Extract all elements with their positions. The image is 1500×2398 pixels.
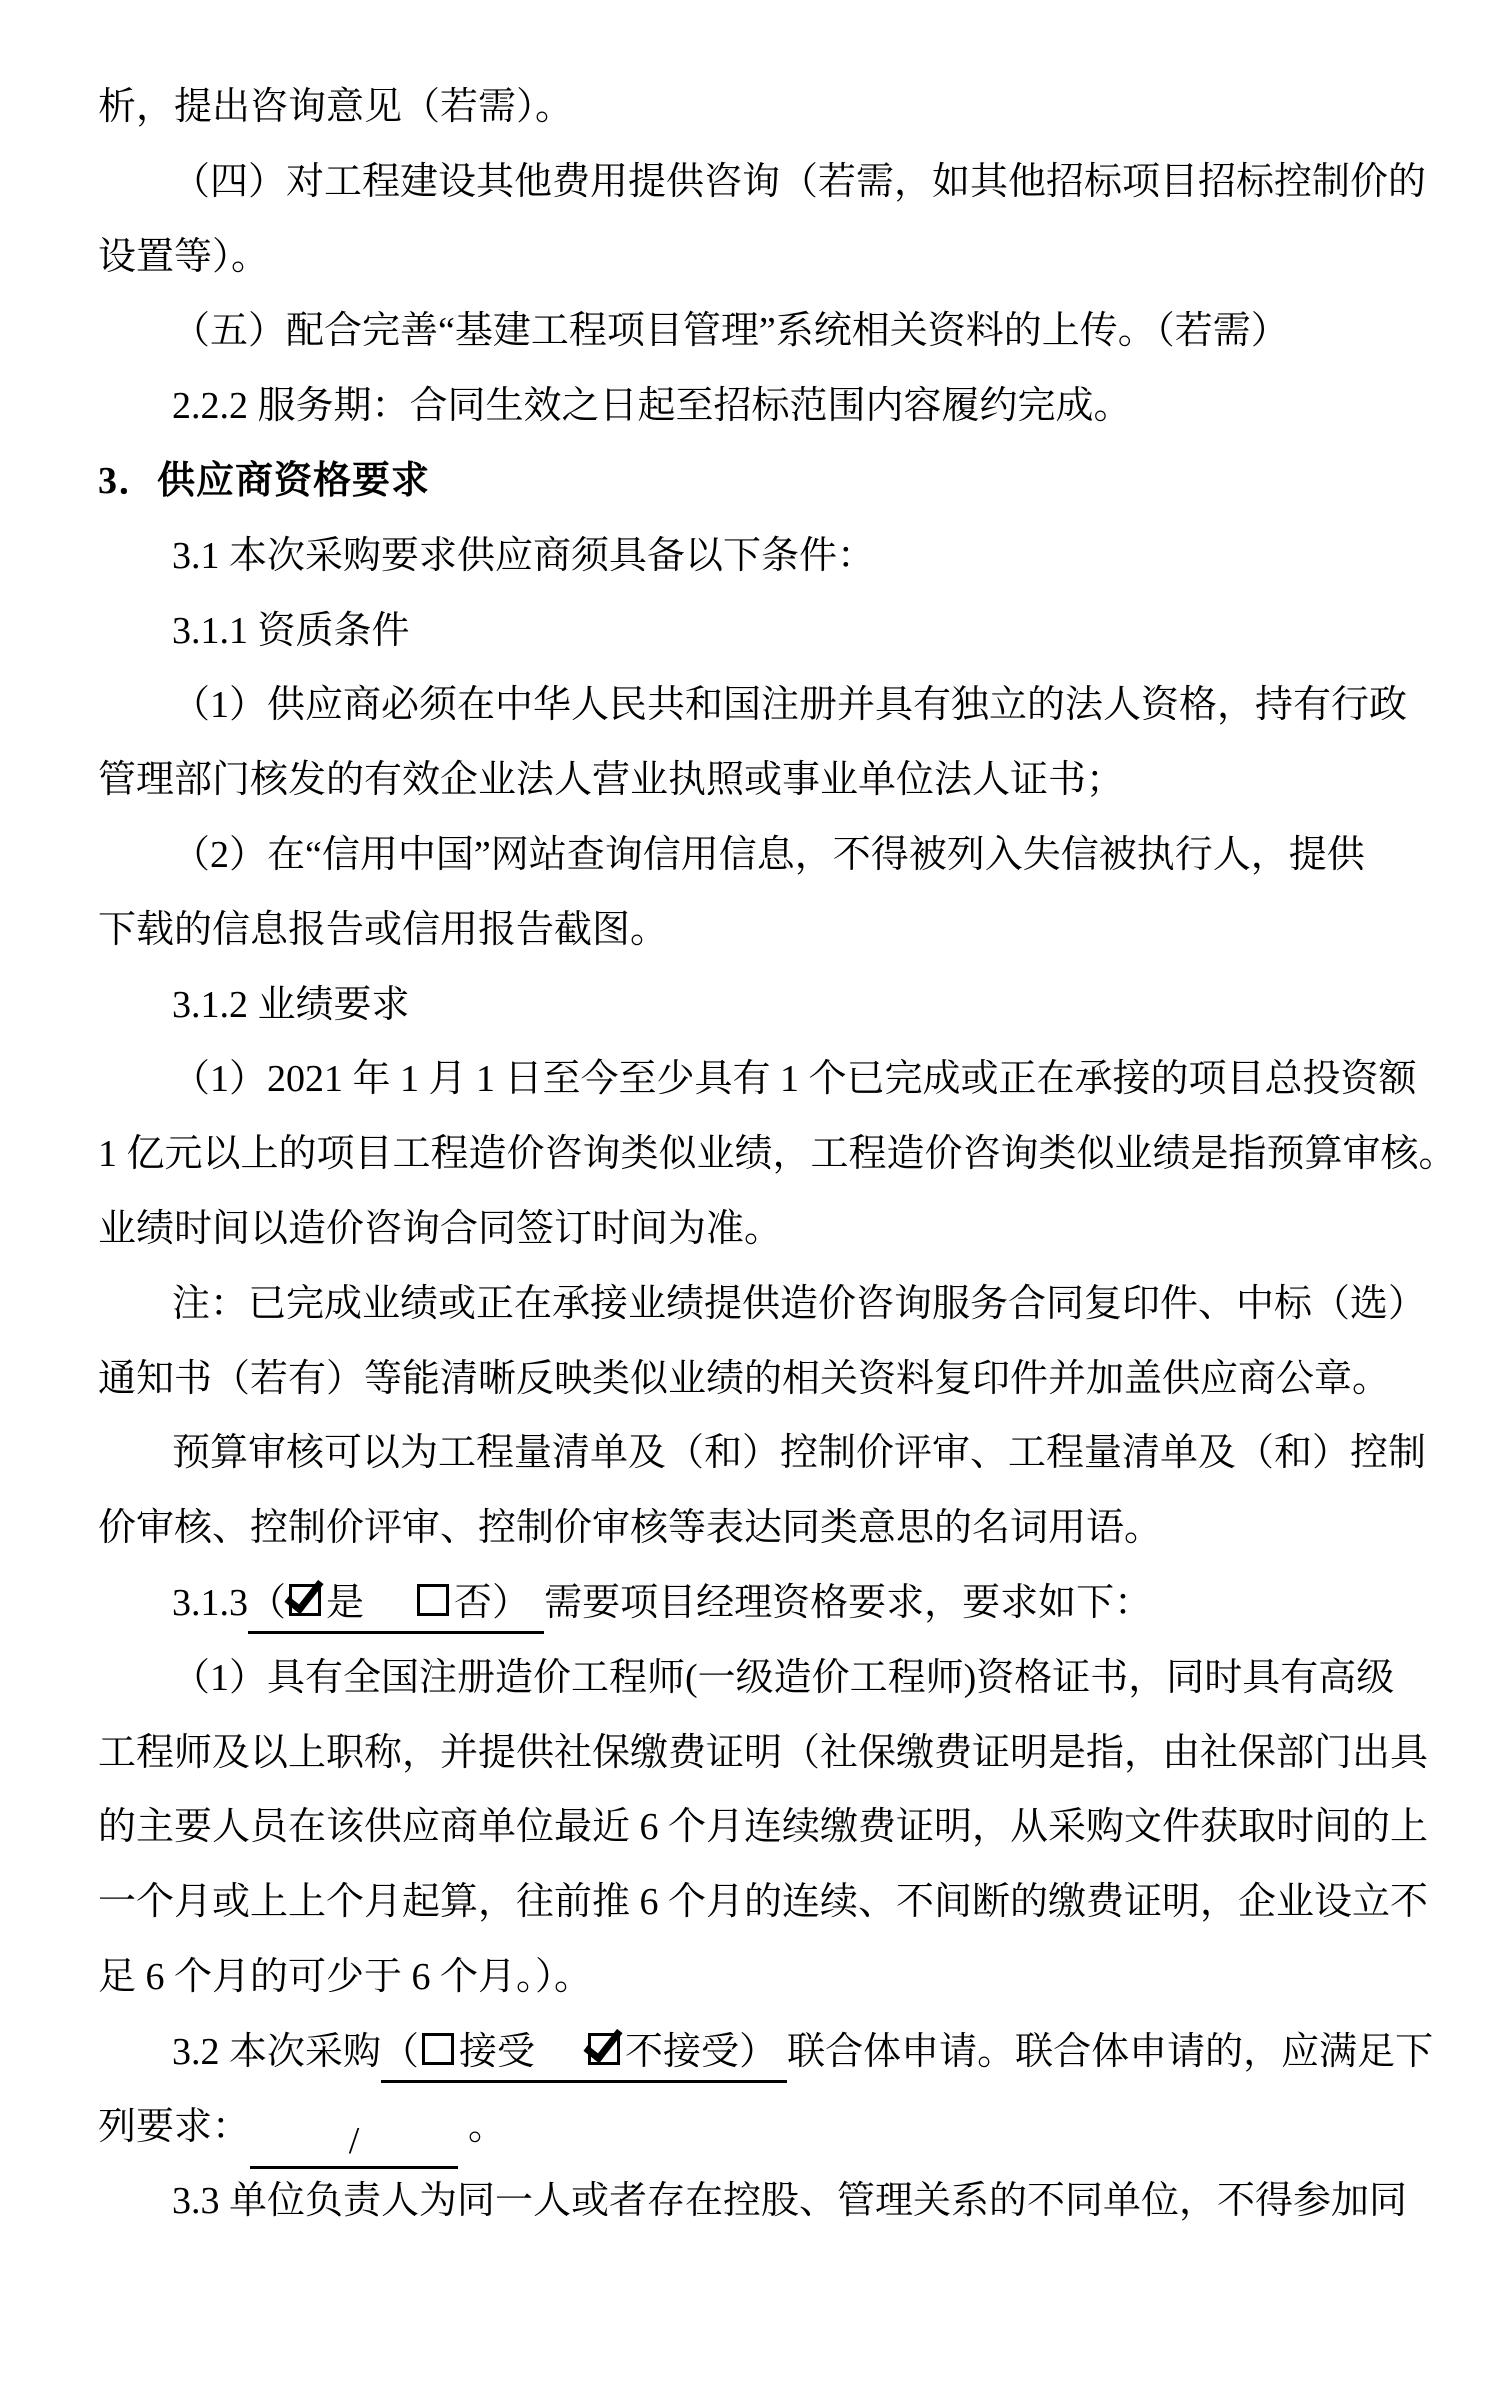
section-heading: 3．供应商资格要求: [98, 444, 1428, 519]
text-line: 注：已完成业绩或正在承接业绩提供造价咨询服务合同复印件、中标（选）: [98, 1267, 1428, 1342]
text-line: 析，提出咨询意见（若需）。: [98, 70, 1428, 145]
filled-blank-underline: /: [250, 2116, 458, 2169]
checkbox-no-unchecked-icon: [417, 1584, 449, 1616]
option-accept-label: 接受: [459, 2031, 535, 2073]
paren-open: （: [248, 1582, 286, 1624]
requirement-blank-line: 列要求：/。: [98, 2090, 1428, 2165]
text-line: 3.1.2 业绩要求: [98, 968, 1428, 1043]
text-line: 3.1 本次采购要求供应商须具备以下条件：: [98, 519, 1428, 594]
paren-close: ）: [492, 1582, 530, 1624]
text-line: 通知书（若有）等能清晰反映类似业绩的相关资料复印件并加盖供应商公章。: [98, 1342, 1428, 1417]
text-line: 业绩时间以造价咨询合同签订时间为准。: [98, 1192, 1428, 1267]
text-line: 的主要人员在该供应商单位最近 6 个月连续缴费证明，从采购文件获取时间的上: [98, 1790, 1428, 1865]
text-line: 2.2.2 服务期：合同生效之日起至招标范围内容履约完成。: [98, 369, 1428, 444]
text-line: 3.1.1 资质条件: [98, 594, 1428, 669]
text-line: 预算审核可以为工程量清单及（和）控制价评审、工程量清单及（和）控制: [98, 1416, 1428, 1491]
accept-reject-choice-underlined: （接受不接受）: [381, 2031, 787, 2083]
text-line: 3.3 单位负责人为同一人或者存在控股、管理关系的不同单位，不得参加同: [98, 2164, 1428, 2239]
yes-no-choice-underlined: （是否）: [248, 1582, 544, 1634]
paren-close: ）: [739, 2031, 777, 2073]
clause-text: 需要项目经理资格要求，要求如下：: [544, 1582, 1152, 1624]
checkbox-reject-checked-icon: [588, 2033, 620, 2065]
text-line: 管理部门核发的有效企业法人营业执照或事业单位法人证书；: [98, 743, 1428, 818]
text-line: 一个月或上上个月起算，往前推 6 个月的连续、不间断的缴费证明，企业设立不: [98, 1865, 1428, 1940]
text-line: 价审核、控制价评审、控制价审核等表达同类意思的名词用语。: [98, 1491, 1428, 1566]
check-mark-icon: [284, 1572, 323, 1614]
text-line: 设置等）。: [98, 220, 1428, 295]
checkbox-yes-checked-icon: [289, 1584, 321, 1616]
check-mark-icon: [583, 2021, 622, 2063]
clause-text: 联合体申请。联合体申请的，应满足下: [787, 2031, 1433, 2073]
text-line: 1 亿元以上的项目工程造价咨询类似业绩，工程造价咨询类似业绩是指预算审核。: [98, 1117, 1428, 1192]
text-line: 足 6 个月的可少于 6 个月。）。: [98, 1940, 1428, 2015]
option-yes-label: 是: [326, 1582, 364, 1624]
text-line: （1）2021 年 1 月 1 日至今至少具有 1 个已完成或正在承接的项目总投…: [98, 1042, 1428, 1117]
slash-mark: /: [349, 2120, 360, 2162]
option-no-label: 否: [454, 1582, 492, 1624]
text-line: （1）供应商必须在中华人民共和国注册并具有独立的法人资格，持有行政: [98, 668, 1428, 743]
text-line: 下载的信息报告或信用报告截图。: [98, 893, 1428, 968]
text-line: （四）对工程建设其他费用提供咨询（若需，如其他招标项目招标控制价的: [98, 145, 1428, 220]
option-reject-label: 不接受: [625, 2031, 739, 2073]
text-line: 工程师及以上职称，并提供社保缴费证明（社保缴费证明是指，由社保部门出具: [98, 1716, 1428, 1791]
document-body: 析，提出咨询意见（若需）。 （四）对工程建设其他费用提供咨询（若需，如其他招标项…: [98, 70, 1428, 2239]
text-line: （2）在“信用中国”网站查询信用信息，不得被列入失信被执行人，提供: [98, 818, 1428, 893]
clause-number: 3.1.3: [172, 1582, 248, 1624]
paren-open: （: [381, 2031, 419, 2073]
clause-number: 3.2 本次采购: [172, 2031, 381, 2073]
document-page: { "page": { "background": "#ffffff", "te…: [0, 0, 1500, 2398]
text-line: （五）配合完善“基建工程项目管理”系统相关资料的上传。（若需）: [98, 294, 1428, 369]
blank-line-label: 列要求：: [98, 2106, 250, 2148]
clause-3-1-3-project-manager-requirement: 3.1.3（是否）需要项目经理资格要求，要求如下：: [98, 1566, 1428, 1641]
checkbox-accept-unchecked-icon: [422, 2033, 454, 2065]
clause-3-2-consortium-application: 3.2 本次采购（接受不接受）联合体申请。联合体申请的，应满足下: [98, 2015, 1428, 2090]
text-line: （1）具有全国注册造价工程师(一级造价工程师)资格证书，同时具有高级: [98, 1641, 1428, 1716]
period-mark: 。: [458, 2106, 506, 2148]
